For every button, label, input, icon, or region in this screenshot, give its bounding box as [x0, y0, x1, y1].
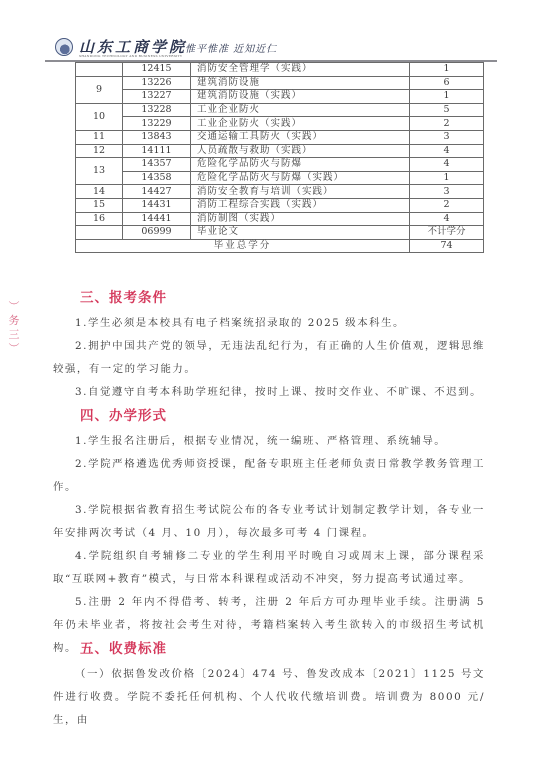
seq-cell: 16: [76, 212, 123, 226]
table-total-row: 毕业总学分 74: [76, 239, 484, 253]
course-name-cell: 建筑消防设施: [191, 76, 410, 90]
paragraph: 1.学生必须是本校具有电子档案统招录取的 2025 级本科生。: [53, 312, 485, 335]
course-name-cell: 消防安全教育与培训（实践）: [191, 185, 410, 199]
course-name-cell: 消防安全管理学（实践）: [191, 63, 410, 77]
seq-cell: 15: [76, 198, 123, 212]
course-name-cell: 危险化学品防火与防爆: [191, 158, 410, 172]
table-row: 12415 消防安全管理学（实践） 1: [76, 63, 484, 77]
school-emblem-icon: [55, 38, 73, 56]
table-row: 12 14111 人员疏散与救助（实践） 4: [76, 144, 484, 158]
seq-cell: 11: [76, 130, 123, 144]
seal-char: ︶: [4, 300, 24, 314]
credits-cell: 2: [410, 198, 484, 212]
code-cell: 13226: [123, 76, 191, 90]
credits-cell: 1: [410, 63, 484, 77]
course-name-cell: 交通运输工具防火（实践）: [191, 130, 410, 144]
seal-char: ︶: [4, 342, 24, 356]
credits-cell: 2: [410, 117, 484, 131]
credits-cell: 不计学分: [410, 226, 484, 240]
table-row: 13 14357 危险化学品防火与防爆 4: [76, 158, 484, 172]
code-cell: 14431: [123, 198, 191, 212]
seq-cell: [76, 63, 123, 77]
code-cell: 13843: [123, 130, 191, 144]
code-cell: 13227: [123, 90, 191, 104]
code-cell: 14358: [123, 171, 191, 185]
credits-cell: 5: [410, 103, 484, 117]
code-cell: 14441: [123, 212, 191, 226]
credits-cell: 4: [410, 144, 484, 158]
total-credits-label: 毕业总学分: [76, 239, 410, 253]
section-title-requirements: 三、报考条件: [80, 286, 167, 306]
paragraph: 3.学院根据省教育招生考试院公布的各专业考试计划制定教学计划，各专业一年安排两次…: [53, 499, 485, 545]
course-table: 12415 消防安全管理学（实践） 1 9 13226 建筑消防设施 6 132…: [75, 62, 484, 253]
code-cell: 14427: [123, 185, 191, 199]
course-name-cell: 人员疏散与救助（实践）: [191, 144, 410, 158]
course-name-cell: 危险化学品防火与防爆（实践）: [191, 171, 410, 185]
code-cell: 12415: [123, 63, 191, 77]
code-cell: 13229: [123, 117, 191, 131]
table-row: 9 13226 建筑消防设施 6: [76, 76, 484, 90]
seq-cell: 9: [76, 76, 123, 103]
school-motto: 惟平惟准 近知近仁: [185, 40, 277, 55]
section-title-format: 四、办学形式: [80, 404, 167, 424]
paragraph: 2.拥护中国共产党的领导，无违法乱纪行为，有正确的人生价值观，逻辑思维较强，有一…: [53, 335, 485, 381]
course-name-cell: 工业企业防火: [191, 103, 410, 117]
seq-cell: 14: [76, 185, 123, 199]
code-cell: 06999: [123, 226, 191, 240]
course-name-cell: 工业企业防火（实践）: [191, 117, 410, 131]
course-name-cell: 消防工程综合实践（实践）: [191, 198, 410, 212]
table-row: 11 13843 交通运输工具防火（实践） 3: [76, 130, 484, 144]
credits-cell: 1: [410, 90, 484, 104]
credits-cell: 3: [410, 185, 484, 199]
table-row: 16 14441 消防制图（实践） 4: [76, 212, 484, 226]
seq-cell: 12: [76, 144, 123, 158]
seal-char: 务: [4, 314, 24, 328]
code-cell: 14111: [123, 144, 191, 158]
course-name-cell: 毕业论文: [191, 226, 410, 240]
table-row: 06999 毕业论文 不计学分: [76, 226, 484, 240]
school-name-en: SHANDONG TECHNOLOGY AND BUSINESS UNIVERS…: [79, 54, 182, 58]
paragraph: 4.学院组织自考辅修二专业的学生利用平时晚自习或周末上课，部分课程采取“互联网+…: [53, 545, 485, 591]
credits-cell: 4: [410, 212, 484, 226]
seq-cell: [76, 226, 123, 240]
red-seal-stamp: ︶ 务 三 ︶: [4, 300, 24, 420]
table-row: 13227 建筑消防设施（实践） 1: [76, 90, 484, 104]
credits-cell: 6: [410, 76, 484, 90]
paragraph: 2.学院严格遴选优秀师资授课，配备专职班主任老师负责日常教学教务管理工作。: [53, 453, 485, 499]
total-credits-value: 74: [410, 239, 484, 253]
letterhead: 山东工商学院 SHANDONG TECHNOLOGY AND BUSINESS …: [45, 36, 497, 60]
table-row: 14 14427 消防安全教育与培训（实践） 3: [76, 185, 484, 199]
table-row: 13229 工业企业防火（实践） 2: [76, 117, 484, 131]
seal-char: 三: [4, 328, 24, 342]
paragraph: 3.自觉遵守自考本科助学班纪律，按时上课、按时交作业、不旷课、不迟到。: [53, 381, 485, 404]
table-row: 15 14431 消防工程综合实践（实践） 2: [76, 198, 484, 212]
course-name-cell: 建筑消防设施（实践）: [191, 90, 410, 104]
paragraph: （一）依据鲁发改价格〔2024〕474 号、鲁发改成本〔2021〕1125 号文…: [53, 663, 485, 732]
course-name-cell: 消防制图（实践）: [191, 212, 410, 226]
code-cell: 14357: [123, 158, 191, 172]
credits-cell: 1: [410, 171, 484, 185]
code-cell: 13228: [123, 103, 191, 117]
seq-cell: 13: [76, 158, 123, 185]
credits-cell: 3: [410, 130, 484, 144]
credits-cell: 4: [410, 158, 484, 172]
paragraph: 1.学生报名注册后，根据专业情况，统一编班、严格管理、系统辅导。: [53, 430, 485, 453]
seq-cell: 10: [76, 103, 123, 130]
table-row: 14358 危险化学品防火与防爆（实践） 1: [76, 171, 484, 185]
section-title-fees: 五、收费标准: [80, 637, 167, 657]
table-row: 10 13228 工业企业防火 5: [76, 103, 484, 117]
